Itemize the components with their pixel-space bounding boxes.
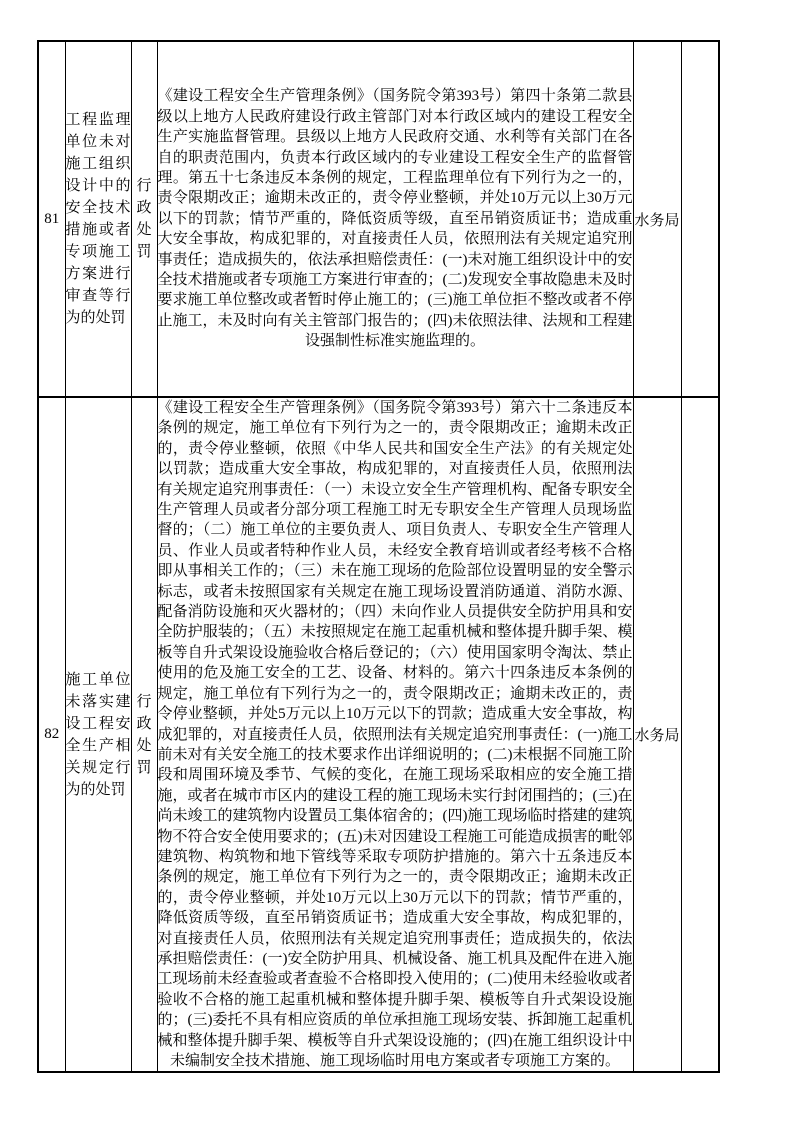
remark-cell (681, 397, 719, 1072)
item-name-cell: 工程监理单位未对施工组织设计中的安全技术措施或者专项施工方案进行审查等行为的处罚 (65, 41, 131, 397)
table-row: 82 施工单位未落实建设工程安全生产相关规定行为的处罚 行政处罚 《建设工程安全… (38, 397, 719, 1072)
agency-cell: 水务局 (633, 41, 681, 397)
agency-cell: 水务局 (633, 397, 681, 1072)
legal-basis-cell: 《建设工程安全生产管理条例》（国务院令第393号）第四十条第二款县级以上地方人民… (157, 41, 633, 397)
penalty-type-cell: 行政处罚 (131, 41, 157, 397)
document-page: 81 工程监理单位未对施工组织设计中的安全技术措施或者专项施工方案进行审查等行为… (0, 0, 793, 1122)
remark-cell (681, 41, 719, 397)
row-number-cell: 81 (38, 41, 65, 397)
penalty-type-cell: 行政处罚 (131, 397, 157, 1072)
table-row: 81 工程监理单位未对施工组织设计中的安全技术措施或者专项施工方案进行审查等行为… (38, 41, 719, 397)
row-number-cell: 82 (38, 397, 65, 1072)
penalty-table: 81 工程监理单位未对施工组织设计中的安全技术措施或者专项施工方案进行审查等行为… (37, 40, 720, 1073)
item-name-cell: 施工单位未落实建设工程安全生产相关规定行为的处罚 (65, 397, 131, 1072)
legal-basis-cell: 《建设工程安全生产管理条例》（国务院令第393号）第六十二条违反本条例的规定，施… (157, 397, 633, 1072)
